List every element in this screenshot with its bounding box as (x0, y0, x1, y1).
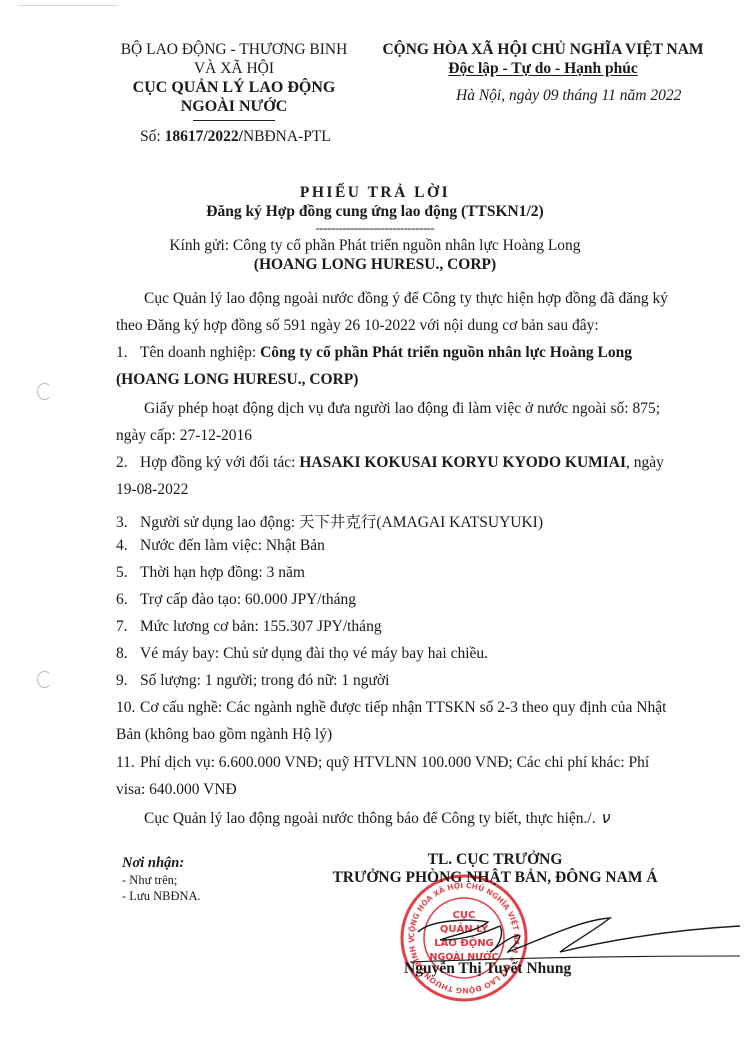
place-date: Hà Nội, ngày 09 tháng 11 năm 2022 (456, 87, 681, 105)
list-item-cont: visa: 640.000 VNĐ (116, 781, 237, 799)
signature-line-2: TRƯỞNG PHÒNG NHẬT BẢN, ĐÔNG NAM Á (330, 869, 660, 887)
recipient-line: - Lưu NBĐNA. (122, 888, 201, 904)
title-separator: ------------------------------- (0, 221, 750, 235)
license-info: Giấy phép hoạt động dịch vụ đưa người la… (116, 400, 660, 418)
addressee: Kính gửi: Công ty cổ phần Phát triển ngu… (0, 236, 750, 255)
intro-paragraph: Cục Quản lý lao động ngoài nước đồng ý đ… (116, 290, 668, 308)
list-item: 2.Hợp đồng ký với đối tác: HASAKI KOKUSA… (116, 454, 664, 472)
list-item-cont: (HOANG LONG HURESU., CORP) (116, 371, 358, 389)
list-item: 5.Thời hạn hợp đồng: 3 năm (116, 564, 305, 582)
punch-hole (37, 671, 52, 688)
department-name: CỤC QUẢN LÝ LAO ĐỘNG (104, 78, 364, 97)
document-number: Số: 18617/2022/NBĐNA-PTL (140, 128, 331, 146)
signature-title: TL. CỤC TRƯỞNG TRƯỞNG PHÒNG NHẬT BẢN, ĐÔ… (330, 851, 660, 887)
doc-number-label: Số: (140, 128, 165, 145)
list-item-cont: Bản (không bao gồm ngành Hộ lý) (116, 726, 332, 744)
list-item: 3.Người sử dụng lao động: 天下井克行(AMAGAI K… (116, 510, 543, 532)
ministry-name-cont: VÀ XÃ HỘI (104, 59, 364, 78)
doc-number-suffix: NBĐNA-PTL (243, 128, 331, 145)
list-item: 10.Cơ cấu nghề: Các ngành nghề được tiếp… (116, 699, 666, 717)
document-page: BỘ LAO ĐỘNG - THƯƠNG BINH VÀ XÃ HỘI CỤC … (0, 0, 750, 1060)
national-header: CỘNG HÒA XÃ HỘI CHỦ NGHĨA VIỆT NAM Độc l… (378, 40, 708, 78)
punch-hole (37, 383, 52, 400)
title-block: PHIẾU TRẢ LỜI Đăng ký Hợp đồng cung ứng … (0, 183, 750, 274)
list-item: 6.Trợ cấp đào tạo: 60.000 JPY/tháng (116, 591, 356, 609)
document-subtitle: Đăng ký Hợp đồng cung ứng lao động (TTSK… (0, 202, 750, 221)
list-item: 8.Vé máy bay: Chủ sử dụng đài thọ vé máy… (116, 645, 488, 663)
closing-paragraph: Cục Quản lý lao động ngoài nước thông bá… (116, 808, 611, 828)
list-item-cont: 19-08-2022 (116, 481, 188, 499)
national-motto: Độc lập - Tự do - Hạnh phúc (448, 60, 637, 77)
issuing-authority: BỘ LAO ĐỘNG - THƯƠNG BINH VÀ XÃ HỘI CỤC … (104, 40, 364, 121)
list-item: 9.Số lượng: 1 người; trong đó nữ: 1 ngườ… (116, 672, 389, 690)
recipient-line: - Như trên; (122, 872, 201, 888)
recipients-block: Nơi nhận: - Như trên; - Lưu NBĐNA. (122, 854, 201, 904)
license-date: ngày cấp: 27-12-2016 (116, 427, 252, 445)
recipients-heading: Nơi nhận: (122, 854, 201, 872)
document-title: PHIẾU TRẢ LỜI (0, 183, 750, 202)
department-name-cont: NGOÀI NƯỚC (104, 97, 364, 116)
list-item: 7.Mức lương cơ bản: 155.307 JPY/tháng (116, 618, 382, 636)
list-item: 11.Phí dịch vụ: 6.600.000 VNĐ; quỹ HTVLN… (116, 754, 649, 772)
scan-edge (18, 5, 118, 6)
doc-number-value: 18617/2022/ (165, 128, 243, 145)
signer-name: Nguyễn Thị Tuyết Nhung (404, 960, 571, 978)
addressee-company: (HOANG LONG HURESU., CORP) (0, 255, 750, 274)
header-divider (193, 120, 275, 121)
ministry-name: BỘ LAO ĐỘNG - THƯƠNG BINH (104, 40, 364, 59)
country-name: CỘNG HÒA XÃ HỘI CHỦ NGHĨA VIỆT NAM (378, 40, 708, 59)
initial-mark: ν (602, 808, 611, 827)
intro-paragraph-cont: theo Đăng ký hợp đồng số 591 ngày 26 10-… (116, 317, 599, 335)
signature-line-1: TL. CỤC TRƯỞNG (330, 851, 660, 869)
list-item: 4.Nước đến làm việc: Nhật Bản (116, 537, 325, 555)
list-item: 1.Tên doanh nghiệp: Công ty cổ phần Phát… (116, 344, 632, 362)
